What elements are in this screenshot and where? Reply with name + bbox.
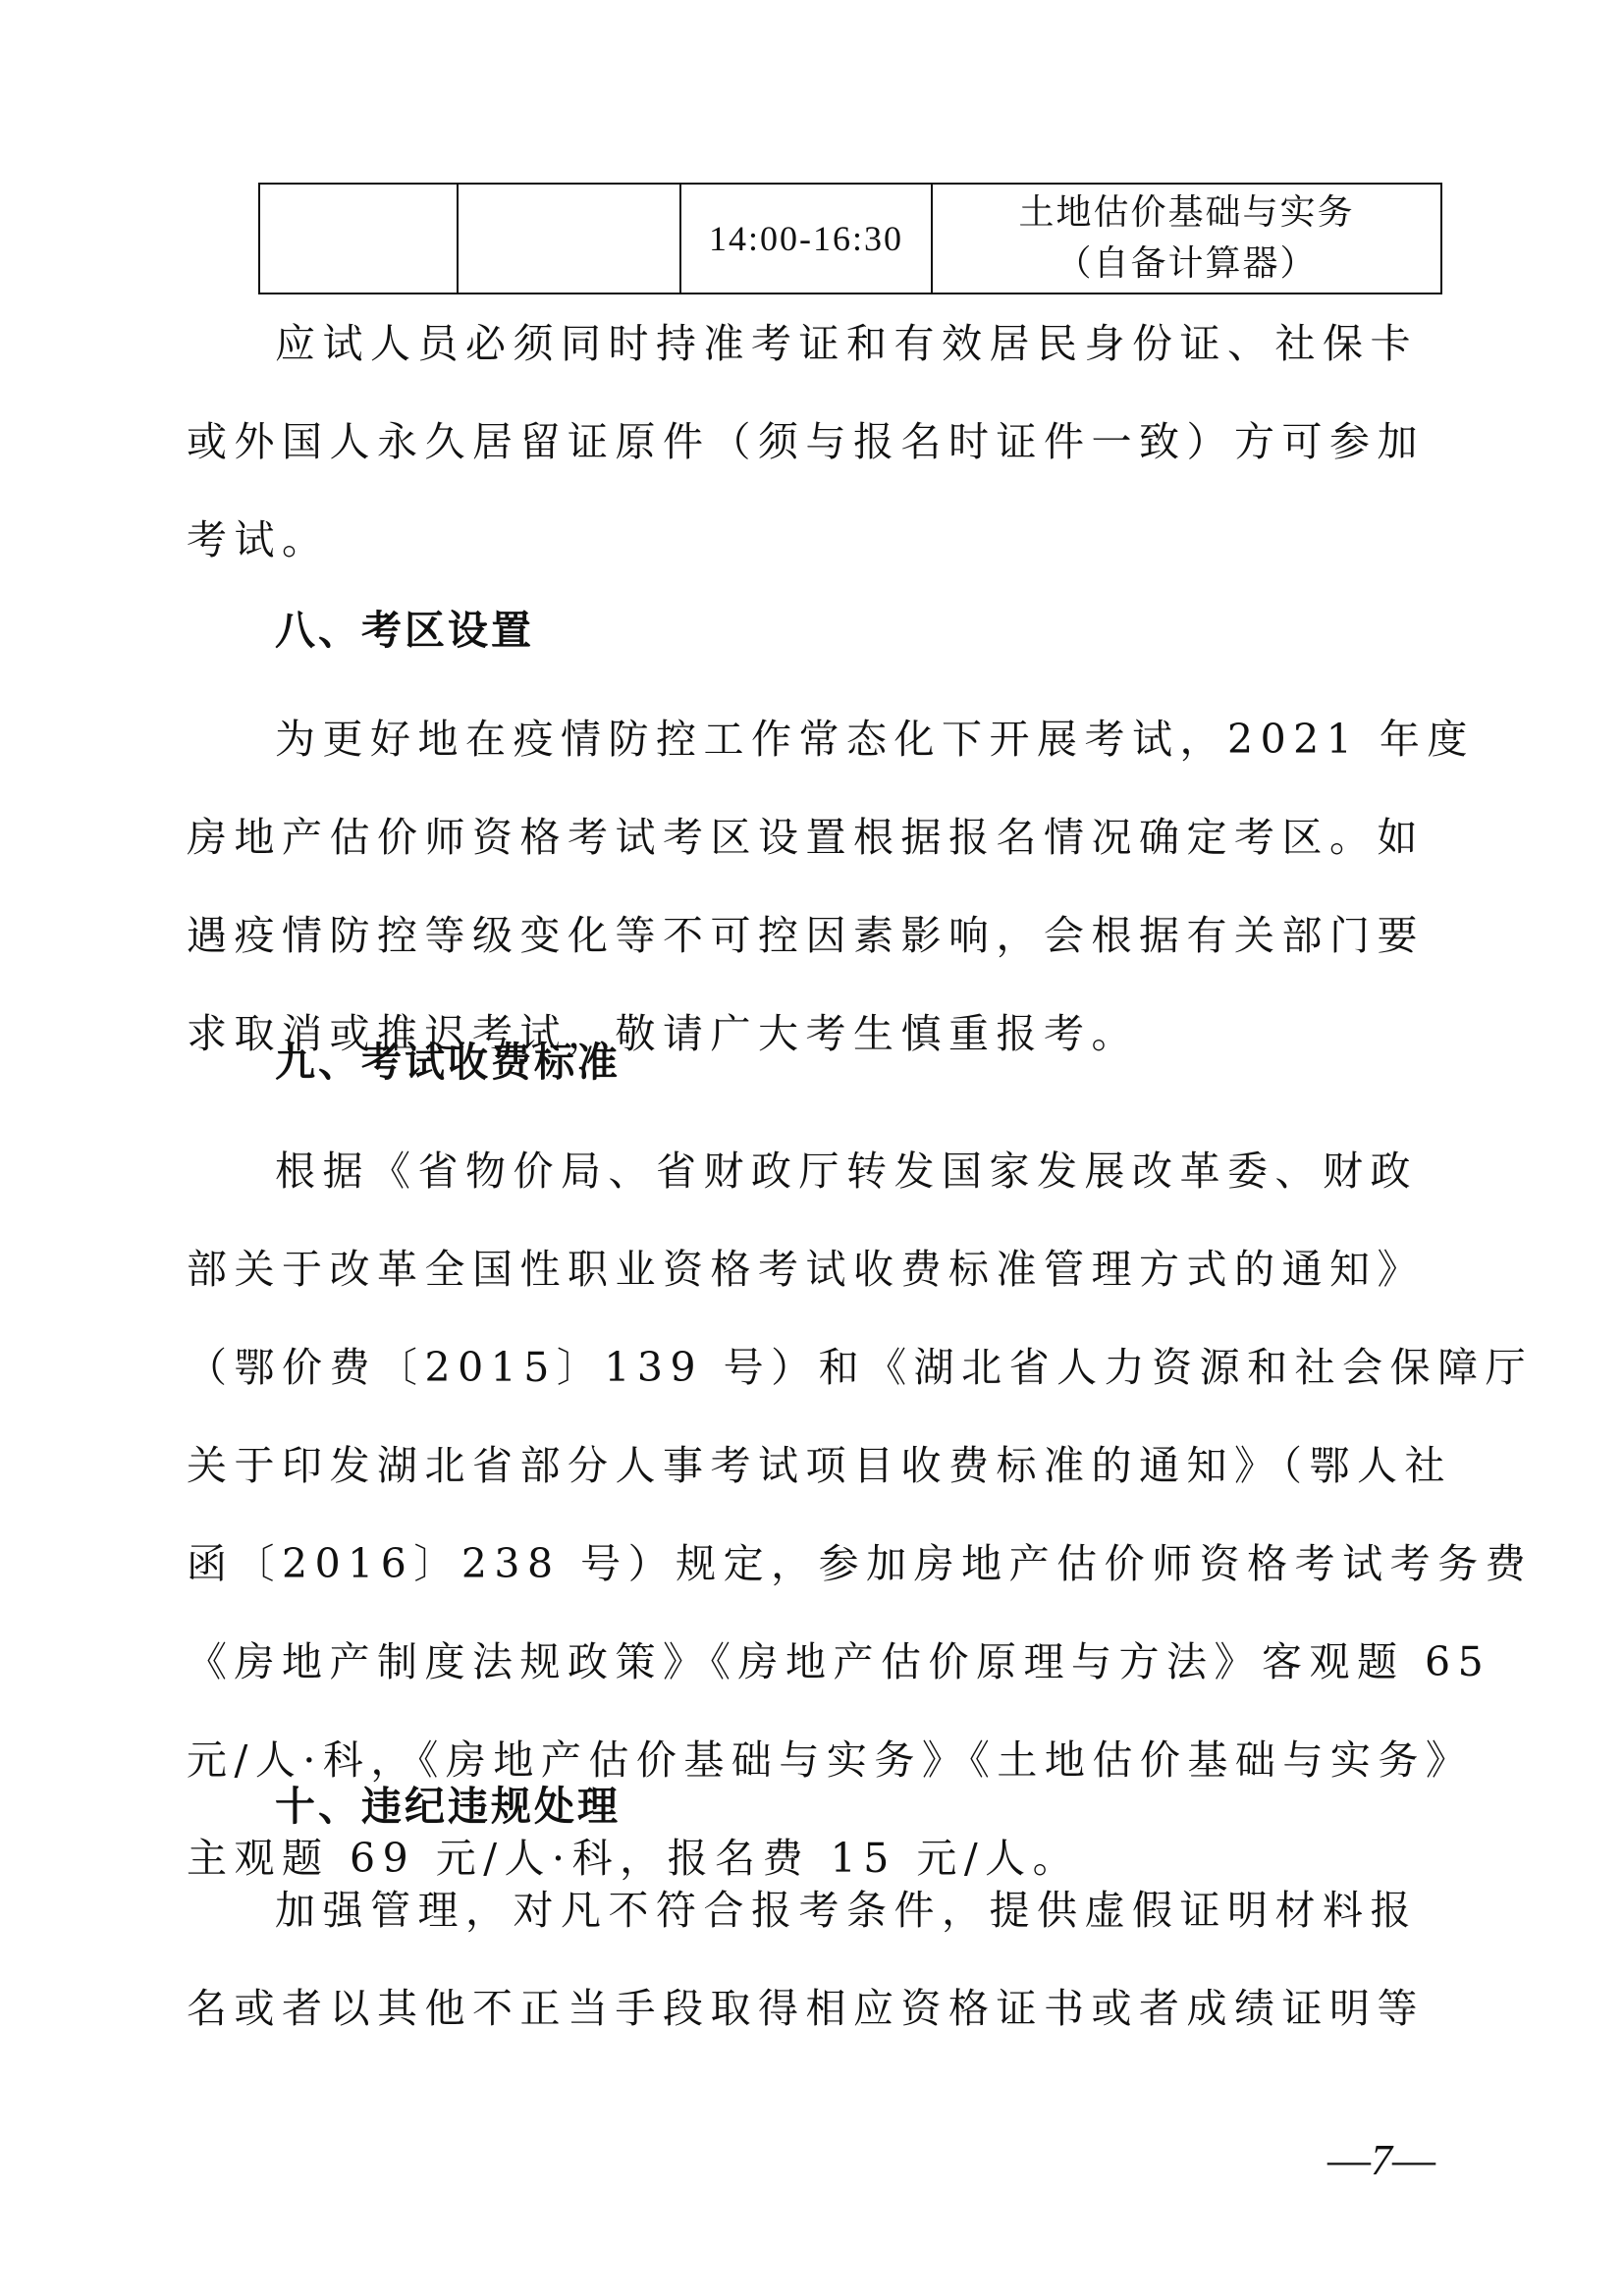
table-cell-empty-2 — [458, 184, 680, 294]
table-cell-empty-1 — [259, 184, 458, 294]
page-number-dash-right: — — [1392, 2136, 1435, 2184]
section-heading-violations: 十、违纪违规处理 — [275, 1777, 621, 1836]
table-cell-subject: 土地估价基础与实务 （自备计算器） — [932, 184, 1441, 294]
paragraph-line: 函〔2016〕238 号）规定，参加房地产估价师资格考试考务费 — [187, 1515, 1394, 1613]
paragraph-line: 应试人员必须同时持准考证和有效居民身份证、社保卡 — [187, 294, 1394, 393]
paragraph-line: 《房地产制度法规政策》《房地产估价原理与方法》客观题 65 — [187, 1613, 1394, 1711]
paragraph-line: 名或者以其他不正当手段取得相应资格证书或者成绩证明等 — [187, 1959, 1394, 2057]
subject-name: 土地估价基础与实务 — [933, 187, 1440, 239]
exam-schedule-table-fragment: 14:00-16:30 土地估价基础与实务 （自备计算器） — [258, 183, 1442, 294]
section-heading-fee-standards: 九、考试收费标准 — [275, 1033, 621, 1092]
paragraph-line: 加强管理，对凡不符合报考条件，提供虚假证明材料报 — [187, 1861, 1394, 1959]
paragraph-line: 为更好地在疫情防控工作常态化下开展考试，2021 年度 — [187, 690, 1394, 788]
id-requirement-paragraph: 应试人员必须同时持准考证和有效居民身份证、社保卡 或外国人永久居留证原件（须与报… — [187, 294, 1394, 589]
paragraph-line: 房地产估价师资格考试考区设置根据报名情况确定考区。如 — [187, 788, 1394, 886]
paragraph-line: （鄂价费〔2015〕139 号）和《湖北省人力资源和社会保障厅 — [187, 1318, 1394, 1416]
page-number: —7— — [1327, 2135, 1435, 2185]
page-number-value: 7 — [1371, 2136, 1392, 2184]
paragraph-line: 考试。 — [187, 491, 1394, 589]
section-heading-exam-areas: 八、考区设置 — [275, 601, 534, 660]
paragraph-line: 或外国人永久居留证原件（须与报名时证件一致）方可参加 — [187, 393, 1394, 491]
document-page: 14:00-16:30 土地估价基础与实务 （自备计算器） 应试人员必须同时持准… — [0, 0, 1624, 2296]
paragraph-line: 关于印发湖北省部分人事考试项目收费标准的通知》（鄂人社 — [187, 1416, 1394, 1515]
table-row: 14:00-16:30 土地估价基础与实务 （自备计算器） — [259, 184, 1441, 294]
paragraph-line: 根据《省物价局、省财政厅转发国家发展改革委、财政 — [187, 1122, 1394, 1220]
violations-paragraph: 加强管理，对凡不符合报考条件，提供虚假证明材料报 名或者以其他不正当手段取得相应… — [187, 1861, 1394, 2057]
paragraph-line: 遇疫情防控等级变化等不可控因素影响，会根据有关部门要 — [187, 886, 1394, 985]
table-cell-time: 14:00-16:30 — [680, 184, 932, 294]
page-number-dash-left: — — [1327, 2136, 1371, 2184]
exam-areas-paragraph: 为更好地在疫情防控工作常态化下开展考试，2021 年度 房地产估价师资格考试考区… — [187, 690, 1394, 1083]
paragraph-line: 部关于改革全国性职业资格考试收费标准管理方式的通知》 — [187, 1220, 1394, 1318]
subject-note: （自备计算器） — [933, 239, 1440, 290]
